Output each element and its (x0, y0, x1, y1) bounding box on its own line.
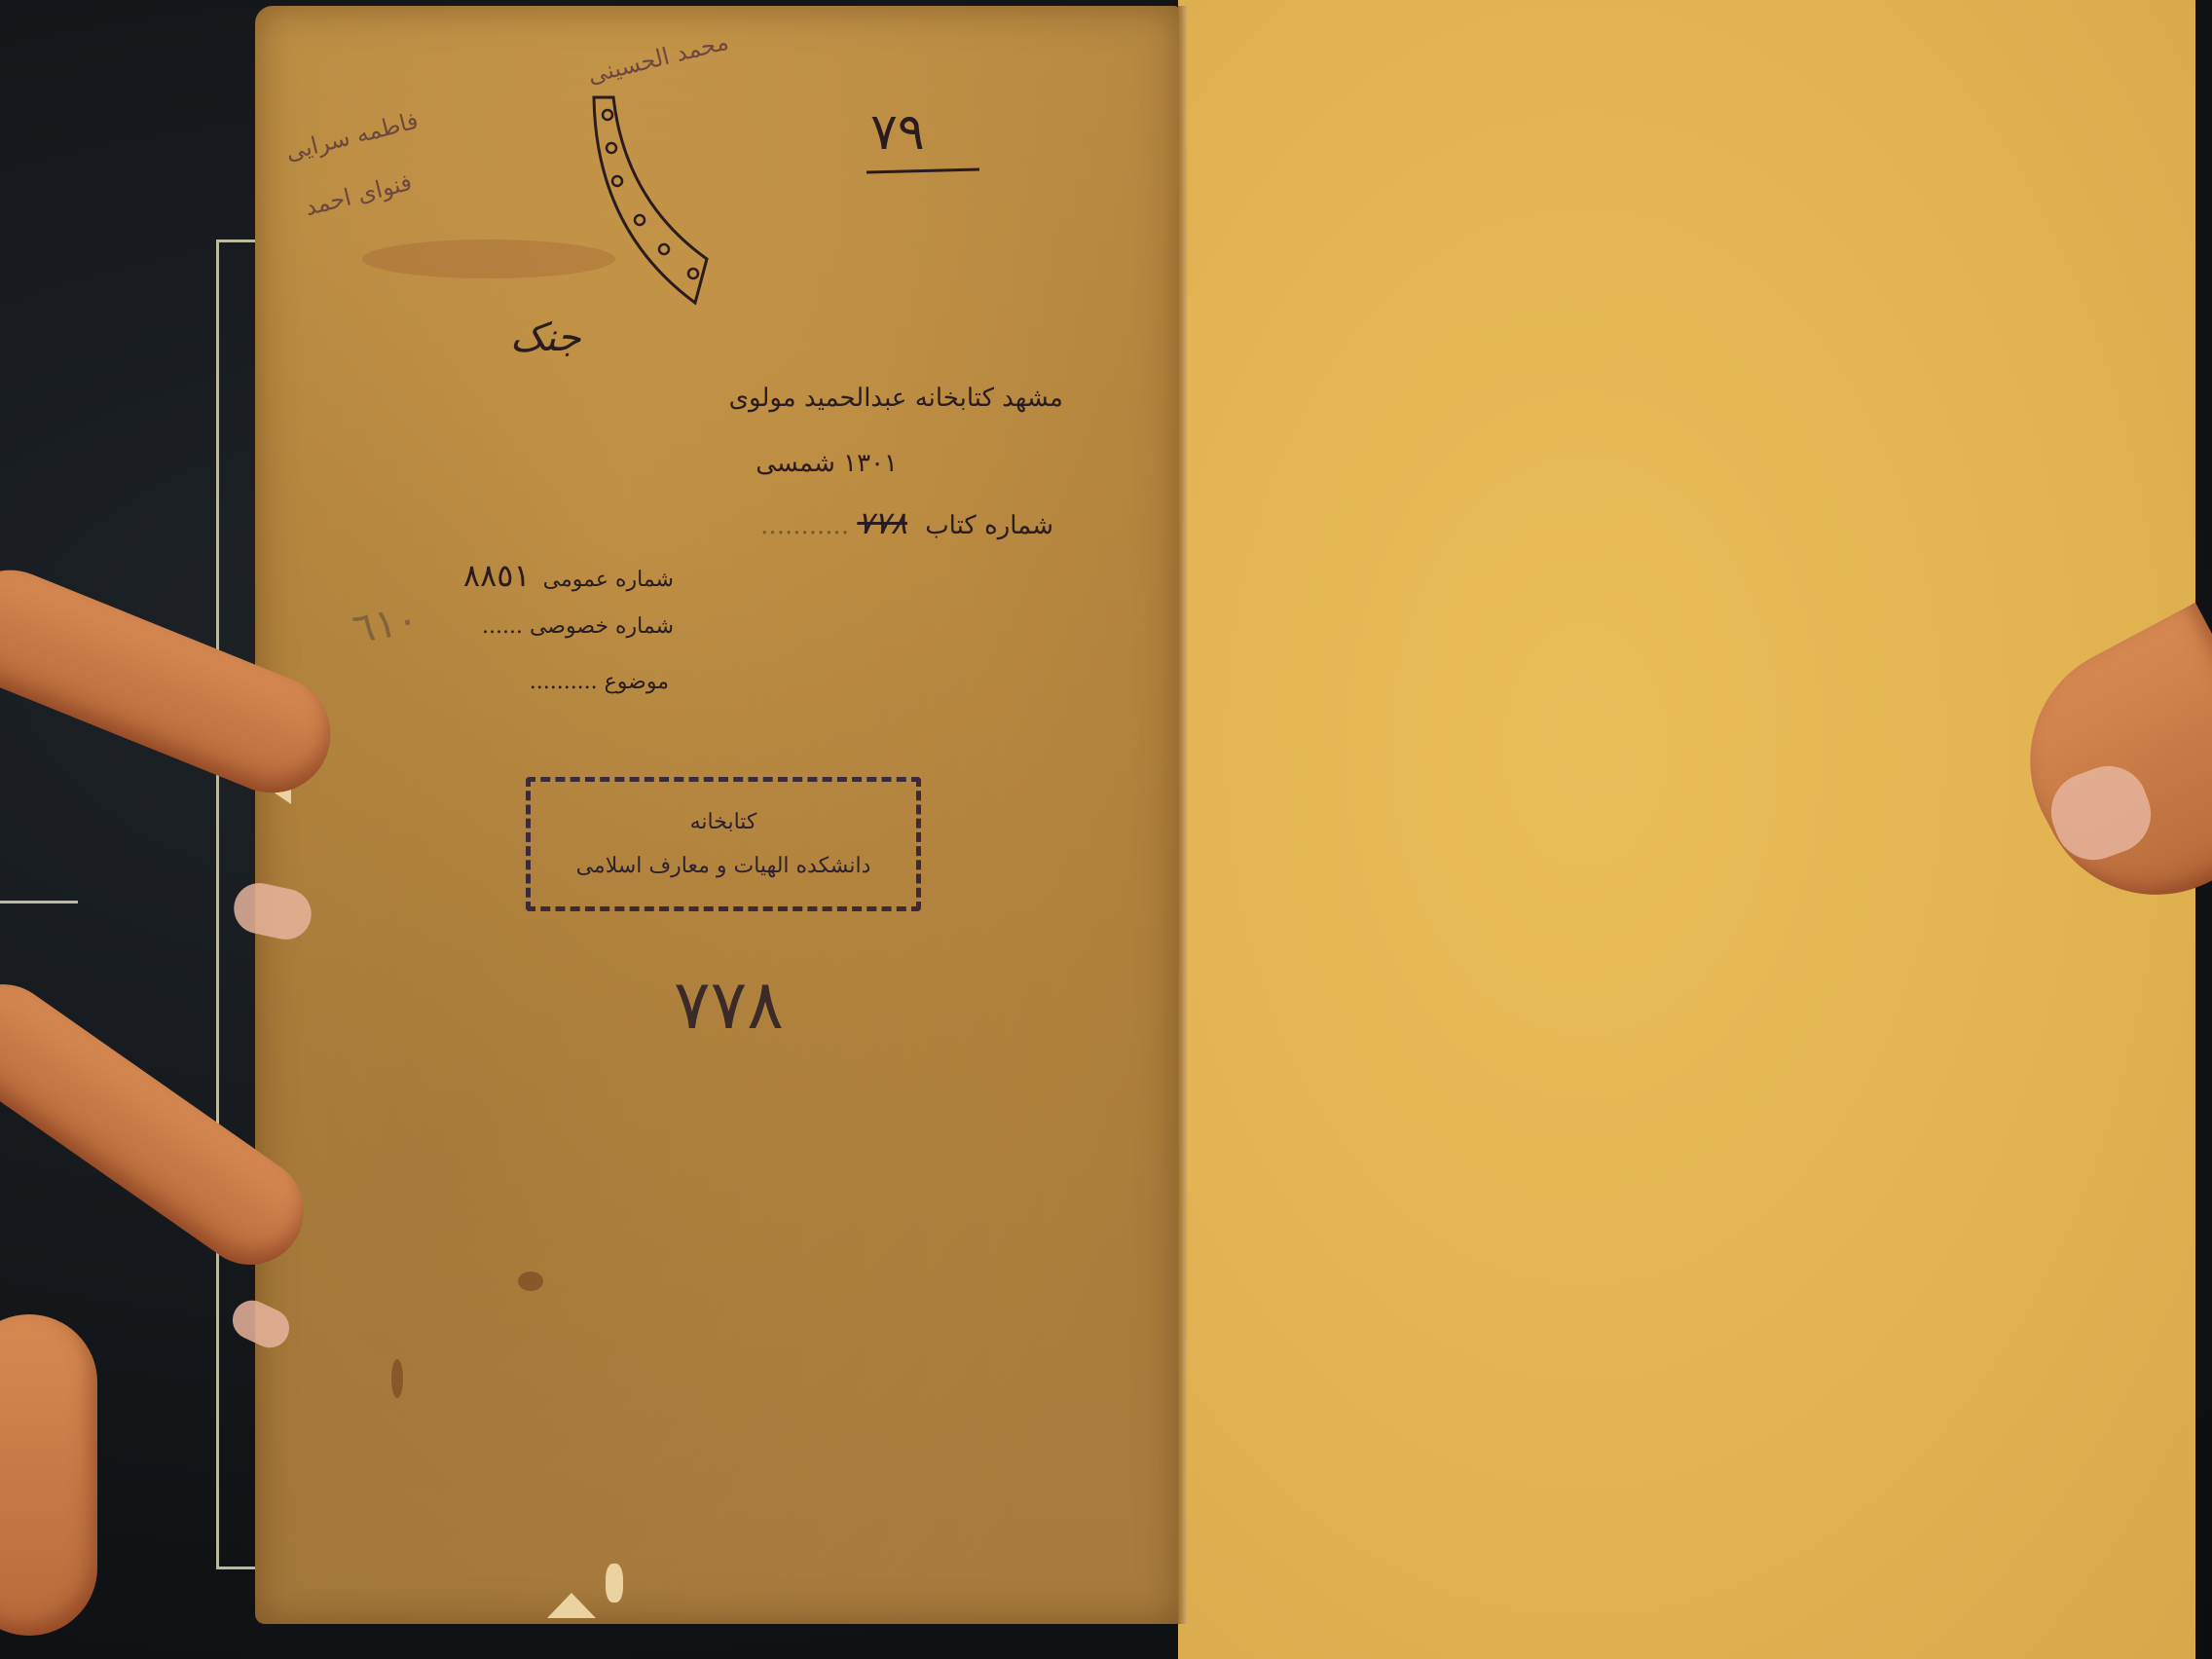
stamp-line-1: کتابخانه (690, 810, 757, 834)
general-number-label: شماره عمومی (543, 568, 674, 592)
book-number-value: ٧٧٨ (857, 504, 907, 541)
inscription-left-1: فاطمه سرایی (283, 107, 422, 166)
subject-label: موضوع (605, 670, 669, 694)
collection-line: مشهد کتابخانه عبدالحمید مولوی (729, 384, 1063, 413)
stain (362, 240, 615, 278)
book-number-row: شماره کتاب ٧٧٨ ........... (760, 504, 1053, 541)
folio-number: ٧٩ (870, 103, 925, 162)
book-number-label: شماره کتاب (925, 511, 1053, 540)
paper-tear (606, 1564, 623, 1603)
subject-value: .......... (530, 670, 598, 694)
paper-tear (547, 1593, 596, 1618)
dotted-leader: ........... (760, 511, 849, 540)
pencil-mark: ٦١٠ (349, 594, 422, 652)
right-blank-page (1178, 0, 2195, 1659)
bottom-handwritten-number: ٧٧٨ (674, 965, 784, 1045)
cover-spine-edge (1178, 6, 1188, 1624)
general-number-row: شماره عمومی ٨٨٥١ (463, 557, 674, 594)
year-line: ١٣٠١ شمسی (756, 449, 898, 478)
scanner-guide-line (0, 901, 78, 903)
folio-underline (866, 167, 979, 173)
inscription-left-2: فنوای احمد (302, 168, 415, 221)
handwritten-title: جنک (510, 315, 581, 360)
inscription-top: محمد الحسینی (585, 28, 731, 90)
manuscript-cover: محمد الحسینی فاطمه سرایی فنوای احمد ٧٩ ج… (255, 6, 1180, 1624)
private-number-label: شماره خصوصی (530, 614, 674, 639)
private-number-value: ...... (482, 614, 523, 639)
library-stamp: کتابخانه دانشکده الهیات و معارف اسلامی (526, 777, 921, 911)
subject-row: موضوع .......... (530, 670, 669, 694)
stamp-line-2: دانشکده الهیات و معارف اسلامی (576, 854, 871, 878)
stain (518, 1272, 543, 1291)
horseshoe-drawing (586, 93, 713, 317)
left-thumb (0, 1314, 97, 1636)
private-number-row: شماره خصوصی ...... (482, 614, 674, 639)
stain (391, 1359, 403, 1398)
general-number-value: ٨٨٥١ (463, 557, 531, 594)
